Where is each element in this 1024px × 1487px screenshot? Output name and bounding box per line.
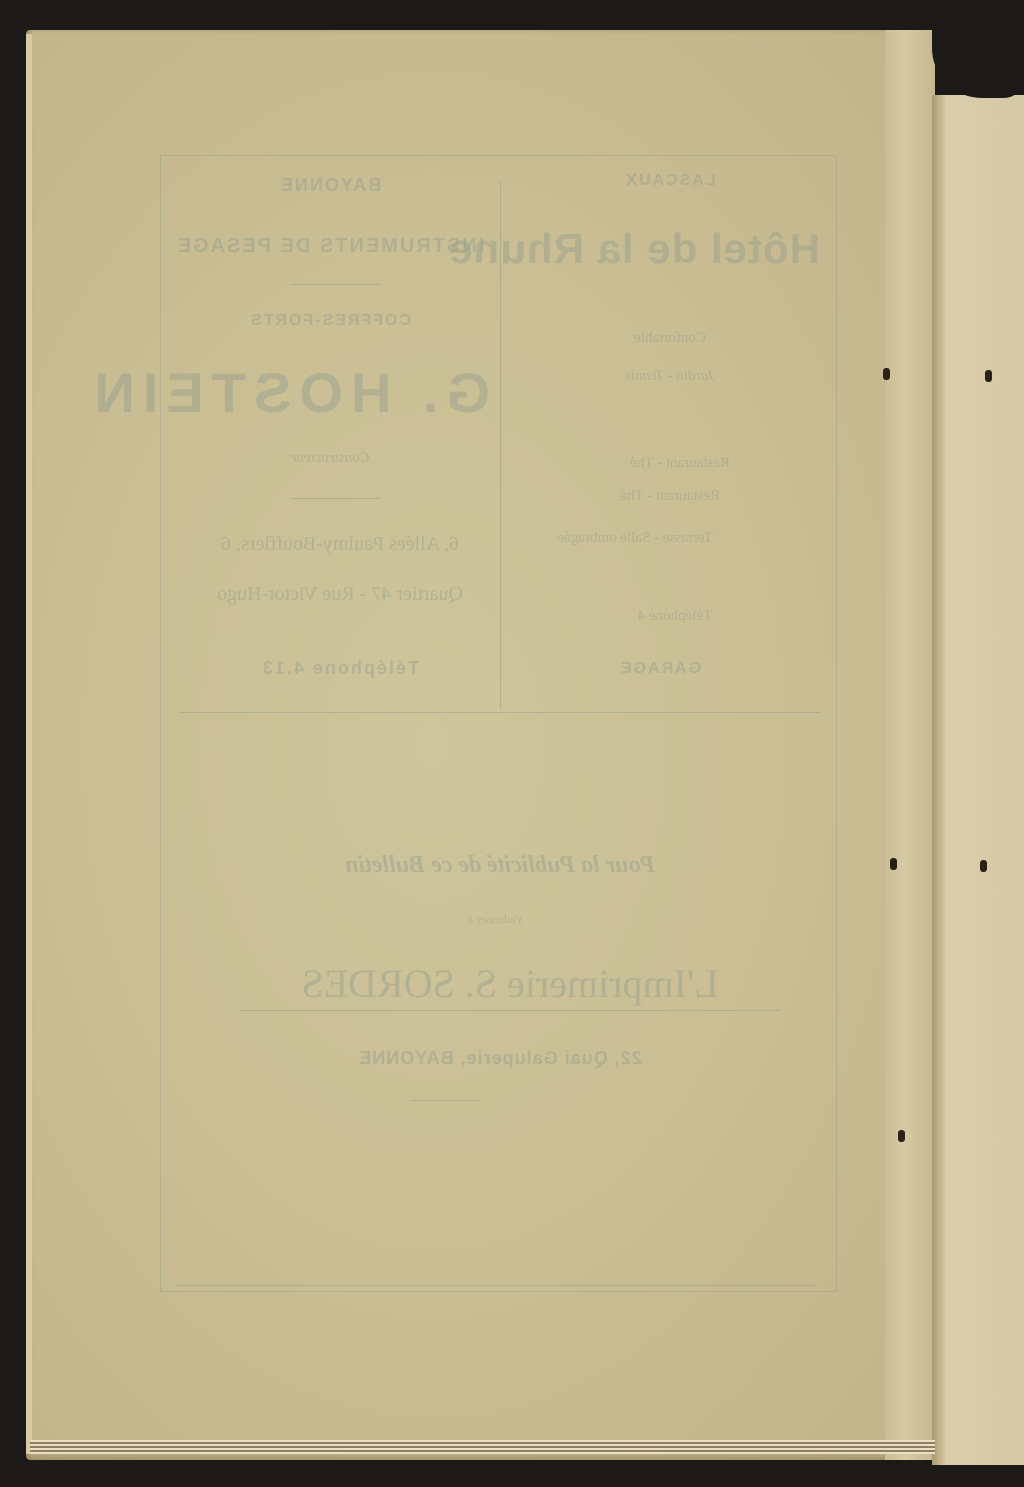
- torn-cover-corner: [932, 28, 1024, 98]
- ghost-text: Restaurant - Thé: [580, 488, 760, 505]
- ghost-text: LASCAUX: [600, 172, 740, 190]
- ghost-text: L'Imprimerie S. SORDES: [230, 960, 790, 1007]
- ghost-rule: [290, 498, 380, 499]
- ghost-text: Pour la Publicité de ce Bulletin: [270, 852, 730, 879]
- ghost-text: Terrasse - Salle ombragée: [510, 530, 760, 547]
- staple-hole: [980, 860, 987, 872]
- ghost-text: Quartier 47 - Rue Victor-Hugo: [180, 583, 500, 606]
- ghost-text: Jardin - Tennis: [580, 368, 760, 385]
- ghost-rule: [290, 284, 380, 285]
- ghost-text: G. HOSTEIN: [170, 360, 490, 425]
- ghost-text: GARAGE: [610, 660, 710, 678]
- ghost-text: Téléphone 4.13: [240, 658, 440, 679]
- cover-fold: [932, 95, 946, 1465]
- ghost-text: Confortable: [580, 330, 760, 347]
- ghost-text: Constructeur: [260, 450, 400, 467]
- page-stack-edge: [30, 1440, 935, 1454]
- staple-hole: [985, 370, 992, 382]
- staple-hole: [890, 858, 897, 870]
- binding-spine: [885, 30, 935, 1460]
- ghost-text: Téléphone 4: [610, 608, 740, 625]
- ghost-text: 22, Quai Galuperie, BAYONNE: [330, 1048, 670, 1069]
- staple-hole: [898, 1130, 905, 1142]
- staple-hole: [883, 368, 890, 380]
- ghost-text: INSTRUMENTS DE PESAGE: [170, 235, 490, 258]
- ghost-rule: [240, 1010, 780, 1011]
- ghost-text: Hôtel de la Rhune: [510, 225, 820, 273]
- page-edge-left: [26, 34, 32, 1454]
- ghost-text: 6, Allées Paulmy-Boufflers, 6: [180, 533, 500, 556]
- show-through-divider: [180, 712, 820, 713]
- ghost-text: s'adresser à: [440, 912, 550, 927]
- ghost-rule: [175, 1285, 815, 1286]
- ghost-text: COFFRES-FORTS: [230, 312, 430, 330]
- ghost-text: Restaurant - Thé: [590, 455, 770, 472]
- ghost-text: BAYONNE: [230, 175, 430, 196]
- ghost-rule: [410, 1100, 480, 1101]
